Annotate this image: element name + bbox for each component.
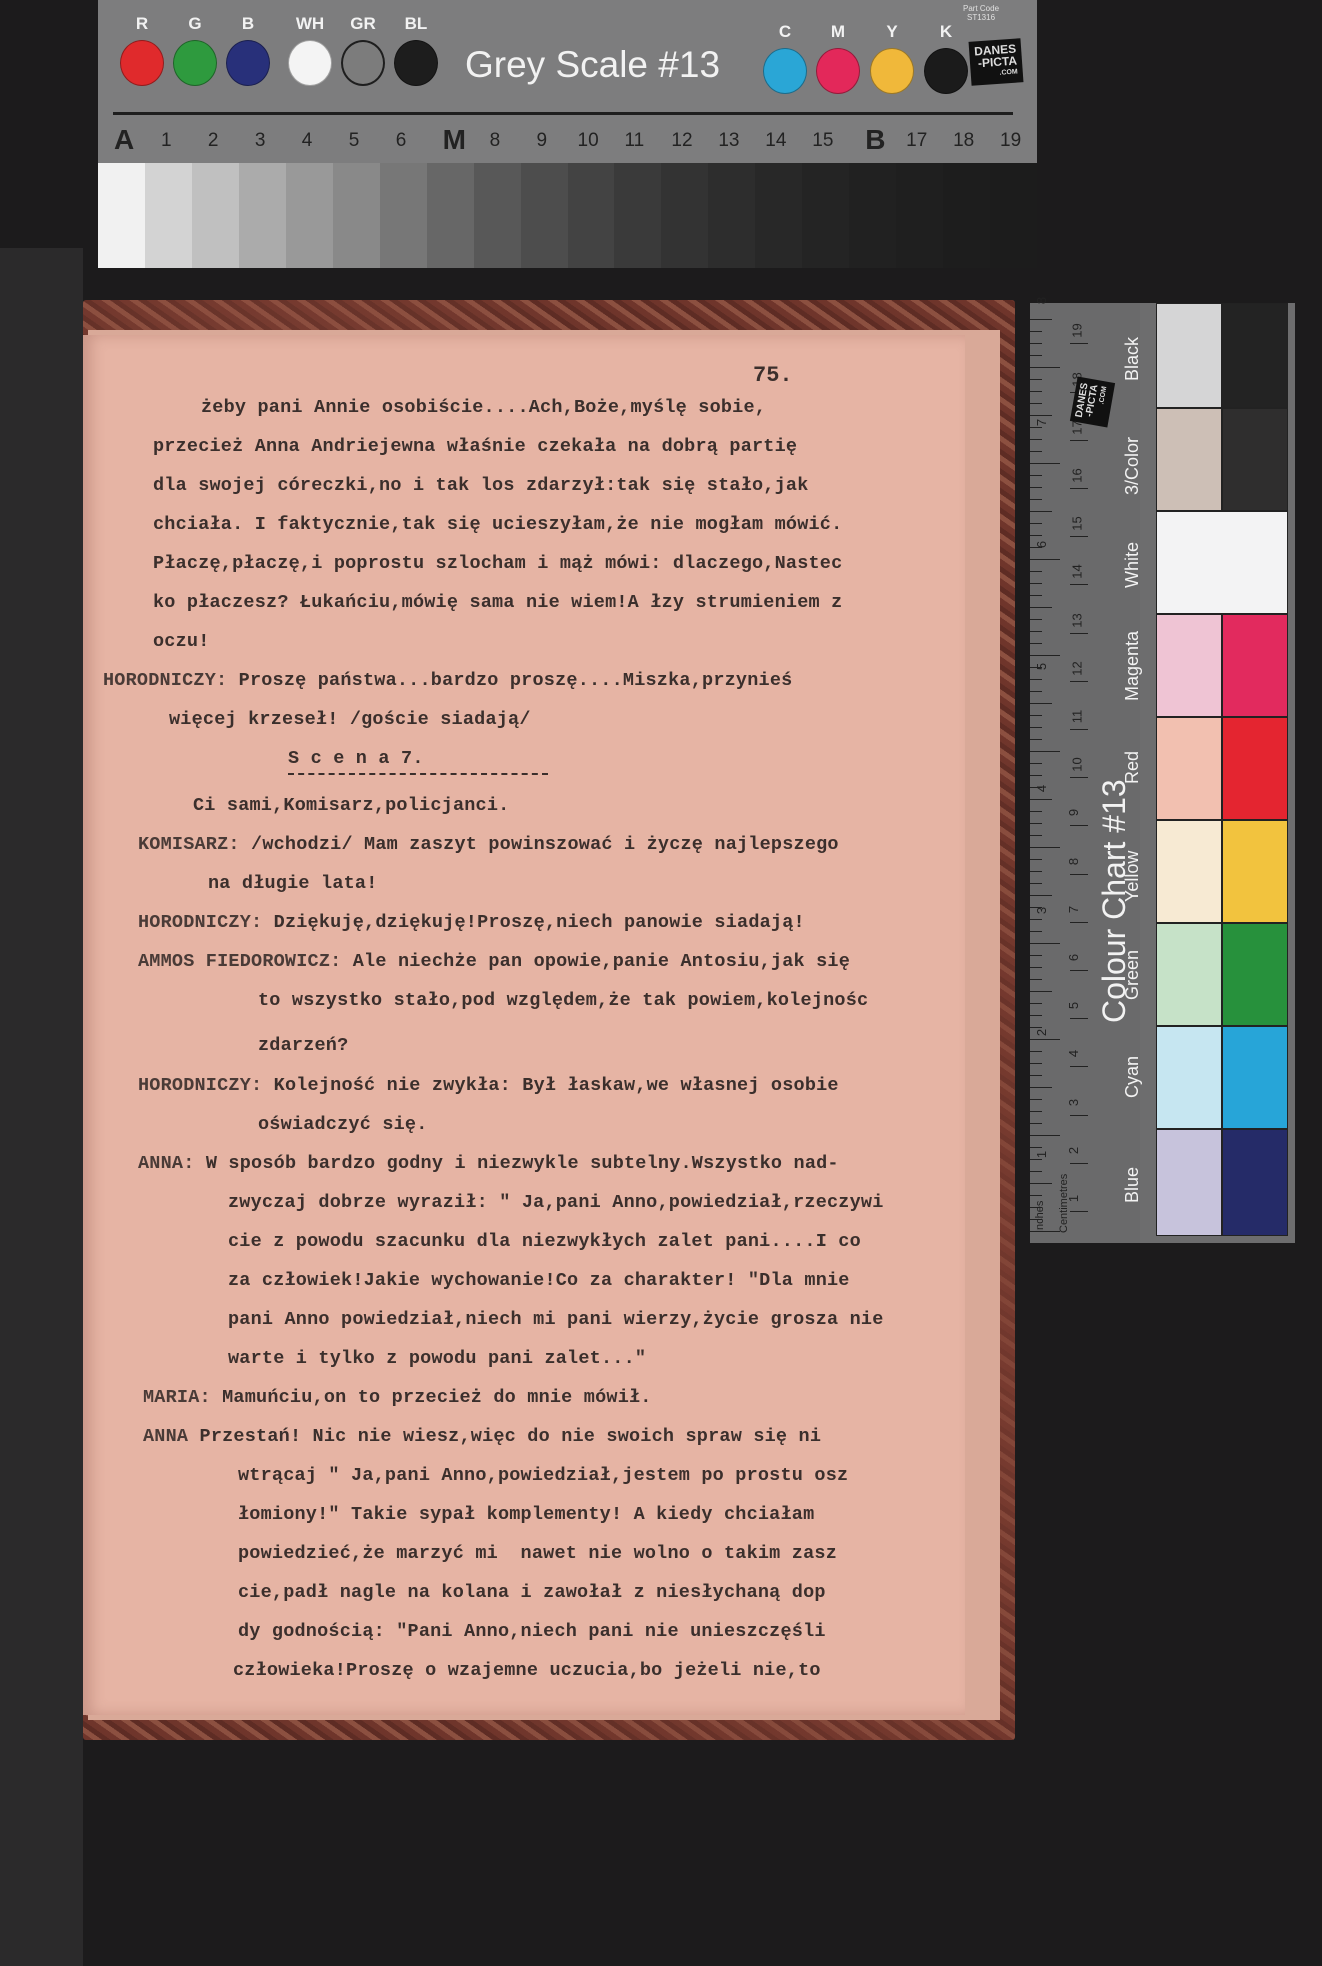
ruler-tick [1030, 595, 1042, 596]
ruler-tick [1030, 1159, 1042, 1160]
text-line: za człowiek!Jakie wychowanie!Co za chara… [228, 1270, 850, 1291]
circle-label: R [117, 14, 167, 34]
ruler-tick [1030, 403, 1042, 404]
ruler-tick [1030, 751, 1060, 752]
bl-swatch-icon [394, 40, 438, 86]
ruler-tick [1030, 715, 1042, 716]
line-text: S c e n a 7. [288, 748, 424, 769]
ruler-tick [1030, 823, 1042, 824]
ruler-tick [1030, 763, 1042, 764]
cm-number: 3 [1066, 1098, 1081, 1105]
ruler-tick [1030, 727, 1042, 728]
ruler-tick [1030, 343, 1042, 344]
grey-step-label: 1 [161, 130, 172, 152]
gr-swatch-icon [341, 40, 385, 86]
circle-label: Y [867, 22, 917, 42]
line-text: Przestań! Nic nie wiesz,więc do nie swoi… [200, 1426, 822, 1447]
text-line: HORODNICZY: Dziękuję,dziękuję!Proszę,nie… [138, 912, 805, 933]
ruler-tick [1030, 499, 1042, 500]
grey-step-patch [990, 163, 1037, 268]
y-swatch-icon [870, 48, 914, 94]
circle-label: B [223, 14, 273, 34]
blue-dark-swatch [1222, 1129, 1288, 1236]
grey-step-label: 2 [208, 130, 219, 152]
line-text: dla swojej córeczki,no i tak los zdarzył… [153, 475, 809, 496]
grey-step-label: 4 [302, 130, 313, 152]
speaker-name: ANNA: [138, 1153, 195, 1174]
cm-tick [1070, 1115, 1088, 1116]
ruler-tick [1030, 1003, 1042, 1004]
inch-number: 8 [1034, 297, 1049, 304]
grey-step-patch [614, 163, 661, 268]
inch-number: 1 [1034, 1151, 1049, 1158]
ruler-tick [1030, 1051, 1042, 1052]
line-text: Ci sami,Komisarz,policjanci. [193, 795, 509, 816]
text-line: ANNA Przestań! Nic nie wiesz,więc do nie… [143, 1426, 821, 1447]
line-text: Kolejność nie zwykła: Był łaskaw,we włas… [274, 1075, 839, 1096]
line-text: chciała. I faktycznie,tak się ucieszyłam… [153, 514, 842, 535]
r-swatch-icon [120, 40, 164, 86]
line-text: dy godnością: "Pani Anno,niech pani nie … [238, 1621, 826, 1642]
line-text: cie,padł nagle na kolana i zawołał z nie… [238, 1582, 826, 1603]
cm-number: 10 [1070, 757, 1085, 771]
swatch-label: Magenta [1122, 630, 1143, 700]
ruler-tick [1030, 1027, 1042, 1028]
grey-step-patch [239, 163, 286, 268]
text-line: dla swojej córeczki,no i tak los zdarzył… [153, 475, 809, 496]
grey-step-patch [427, 163, 474, 268]
line-text: oczu! [153, 631, 210, 652]
text-line: żeby pani Annie osobiście....Ach,Boże,my… [201, 397, 766, 418]
ruler-tick [1030, 1171, 1042, 1172]
inch-number: 7 [1034, 419, 1049, 426]
wh-swatch-icon [288, 40, 332, 86]
grey-step-label: 19 [1000, 130, 1021, 152]
yellow-dark-swatch [1222, 820, 1288, 923]
ruler-tick [1030, 451, 1042, 452]
divider [113, 112, 1013, 115]
cyan-dark-swatch [1222, 1026, 1288, 1129]
text-line: dy godnością: "Pani Anno,niech pani nie … [238, 1621, 826, 1642]
grey-step-label: 9 [537, 130, 548, 152]
line-text: /wchodzi/ Mam zaszyt powinszować i życzę… [251, 834, 839, 855]
ruler-tick [1030, 643, 1042, 644]
grey-step-labels: A123456M89101112131415B171819 [98, 124, 1037, 162]
text-line: HORODNICZY: Kolejność nie zwykła: Był ła… [138, 1075, 839, 1096]
grey-step-patch [802, 163, 849, 268]
ruler-tick [1030, 931, 1042, 932]
line-text: łomiony!" Takie sypał komplementy! A kie… [238, 1504, 814, 1525]
text-line: ko płaczesz? Łukańciu,mówię sama nie wie… [153, 592, 842, 613]
text-line: MARIA: Mamuńciu,on to przecież do mnie m… [143, 1387, 652, 1408]
line-text: zdarzeń? [258, 1035, 348, 1056]
line-text: warte i tylko z powodu pani zalet..." [228, 1348, 646, 1369]
grey-step-label: 15 [812, 130, 833, 152]
ruler-tick [1030, 319, 1052, 320]
grey-step-patch [943, 163, 990, 268]
cm-number: 9 [1066, 809, 1081, 816]
grey-step-patch [286, 163, 333, 268]
speaker-name: AMMOS FIEDOROWICZ: [138, 951, 341, 972]
grey-step-patch [661, 163, 708, 268]
part-code: Part Code ST1316 [963, 4, 999, 22]
ruler-tick [1030, 511, 1052, 512]
black-dark-swatch [1222, 303, 1288, 408]
circle-label: C [760, 22, 810, 42]
grey-scale-card: Part Code ST1316 RGBWHGRBLCMYK Grey Scal… [98, 0, 1037, 268]
ruler-tick [1030, 559, 1060, 560]
text-line: oświadczyć się. [258, 1114, 428, 1135]
cm-tick [1070, 1066, 1088, 1067]
line-text: Płaczę,płaczę,i poprostu szlocham i mąż … [153, 553, 842, 574]
grey-step-label: 3 [255, 130, 266, 152]
white-swatch [1156, 511, 1288, 614]
line-text: człowieka!Proszę o wzajemne uczucia,bo j… [233, 1660, 821, 1681]
c-swatch-icon [763, 48, 807, 94]
line-text: cie z powodu szacunku dla niezwykłych za… [228, 1231, 861, 1252]
ruler-tick [1030, 739, 1042, 740]
ruler-tick [1030, 631, 1042, 632]
cm-tick [1070, 1211, 1088, 1212]
grey-step-patch [755, 163, 802, 268]
grey-step-label: 10 [578, 130, 599, 152]
swatch-label: White [1122, 541, 1143, 587]
cm-number: 8 [1066, 857, 1081, 864]
grey-step-label: 6 [396, 130, 407, 152]
cm-number: 2 [1066, 1147, 1081, 1154]
ruler-tick [1030, 895, 1052, 896]
centimetres-label: Centimetres [1058, 1174, 1070, 1233]
black-light-swatch [1156, 303, 1222, 408]
grey-step-label: 5 [349, 130, 360, 152]
ruler-tick [1030, 427, 1042, 428]
line-text: wtrącaj " Ja,pani Anno,powiedział,jestem… [238, 1465, 848, 1486]
line-text: pani Anno powiedział,niech mi pani wierz… [228, 1309, 884, 1330]
swatch-label: 3/Color [1122, 436, 1143, 494]
ruler-tick [1030, 1183, 1052, 1184]
grey-step-label: 8 [490, 130, 501, 152]
circle-label: GR [338, 14, 388, 34]
ruler-tick [1030, 1087, 1052, 1088]
cm-number: 5 [1066, 1002, 1081, 1009]
ruler-tick [1030, 991, 1052, 992]
ruler-tick [1030, 871, 1042, 872]
part-code-label: Part Code [963, 4, 999, 13]
ruler-tick [1030, 1123, 1042, 1124]
grey-step-label: B [865, 124, 885, 156]
grey-step-label: 11 [624, 130, 644, 152]
ruler-tick [1030, 775, 1042, 776]
text-line: to wszystko stało,pod względem,że tak po… [258, 990, 868, 1011]
text-line: zdarzeń? [258, 1035, 348, 1056]
cm-number: 11 [1069, 710, 1084, 724]
cm-tick [1070, 777, 1088, 778]
k-swatch-icon [924, 48, 968, 94]
swatch-label: Blue [1122, 1166, 1143, 1202]
cm-number: 15 [1070, 516, 1085, 530]
ruler-tick [1030, 799, 1052, 800]
grey-step-label: 13 [718, 130, 739, 152]
grey-step-patch [849, 163, 896, 268]
speaker-name: MARIA: [143, 1387, 211, 1408]
cm-tick [1070, 1018, 1088, 1019]
text-line: pani Anno powiedział,niech mi pani wierz… [228, 1309, 884, 1330]
text-line: przecież Anna Andriejewna właśnie czekał… [153, 436, 797, 457]
text-line: oczu! [153, 631, 210, 652]
ruler-tick [1030, 391, 1042, 392]
cm-number: 4 [1066, 1050, 1081, 1057]
ruler-tick [1030, 355, 1042, 356]
green-light-swatch [1156, 923, 1222, 1026]
grey-step-label: A [114, 124, 134, 156]
cm-tick [1070, 343, 1088, 344]
colour-chart: 1234567891011121314151617181912345678 Co… [1030, 303, 1295, 1243]
text-line: Płaczę,płaczę,i poprostu szlocham i mąż … [153, 553, 842, 574]
grey-step-patch [192, 163, 239, 268]
inch-number: 4 [1034, 785, 1049, 792]
g-swatch-icon [173, 40, 217, 86]
text-line: na długie lata! [208, 873, 378, 894]
ruler-tick [1030, 475, 1042, 476]
grey-step-patch [521, 163, 568, 268]
line-text: Mamuńciu,on to przecież do mnie mówił. [222, 1387, 651, 1408]
grey-step-label: 17 [906, 130, 927, 152]
speaker-name: HORODNICZY: [138, 912, 262, 933]
cm-tick [1070, 536, 1088, 537]
danes-picta-logo: DANES -PICTA .COM [1070, 377, 1115, 428]
text-line: AMMOS FIEDOROWICZ: Ale niechże pan opowi… [138, 951, 850, 972]
cm-number: 14 [1070, 565, 1085, 579]
cm-tick [1070, 922, 1088, 923]
grey-step-patch [708, 163, 755, 268]
typewritten-text: żeby pani Annie osobiście....Ach,Boże,my… [83, 335, 965, 1715]
text-line: wtrącaj " Ja,pani Anno,powiedział,jestem… [238, 1465, 848, 1486]
inch-number: 2 [1034, 1029, 1049, 1036]
grey-step-patch [333, 163, 380, 268]
ruler-tick [1030, 919, 1042, 920]
speaker-name: ANNA [143, 1426, 188, 1447]
grey-step-patch [145, 163, 192, 268]
cm-tick [1070, 825, 1088, 826]
ruler-tick [1030, 571, 1042, 572]
yellow-light-swatch [1156, 820, 1222, 923]
document-page: 75. żeby pani Annie osobiście....Ach,Boż… [83, 335, 965, 1715]
ruler-tick [1030, 1135, 1060, 1136]
line-text: powiedzieć,że marzyć mi nawet nie wolno … [238, 1543, 837, 1564]
ruler-tick [1030, 691, 1042, 692]
ruler-tick [1030, 1147, 1042, 1148]
circle-label: WH [285, 14, 335, 34]
ruler-tick [1030, 1039, 1060, 1040]
ruler-tick [1030, 1015, 1042, 1016]
ruler-tick [1030, 583, 1042, 584]
ruler-tick [1030, 1111, 1042, 1112]
part-code-value: ST1316 [963, 13, 999, 22]
text-line: łomiony!" Takie sypał komplementy! A kie… [238, 1504, 814, 1525]
cm-number: 6 [1066, 954, 1081, 961]
ruler-tick [1030, 379, 1042, 380]
text-line: ANNA: W sposób bardzo godny i niezwykle … [138, 1153, 839, 1174]
ruler-tick [1030, 1099, 1042, 1100]
grey-step-label: 12 [671, 130, 692, 152]
circle-label: K [921, 22, 971, 42]
ruler-tick [1030, 1075, 1042, 1076]
text-line: S c e n a 7. [288, 748, 424, 769]
ruler-tick [1030, 679, 1042, 680]
cm-tick [1070, 488, 1088, 489]
line-text: przecież Anna Andriejewna właśnie czekał… [153, 436, 797, 457]
ruler-tick [1030, 619, 1042, 620]
ruler-tick [1030, 463, 1060, 464]
text-line: warte i tylko z powodu pani zalet..." [228, 1348, 646, 1369]
inch-number: 3 [1034, 907, 1049, 914]
ruler-tick [1030, 655, 1060, 656]
text-line: więcej krzeseł! /goście siadają/ [169, 709, 531, 730]
red-dark-swatch [1222, 717, 1288, 820]
magenta-light-swatch [1156, 614, 1222, 717]
ruler-tick [1030, 955, 1042, 956]
ruler-tick [1030, 367, 1060, 368]
grey-step-patch [568, 163, 615, 268]
background-panel [0, 248, 83, 1966]
text-line: człowieka!Proszę o wzajemne uczucia,bo j… [233, 1660, 821, 1681]
ruler-tick [1030, 415, 1052, 416]
ruler-tick [1030, 331, 1042, 332]
text-line: HORODNICZY: Proszę państwa...bardzo pros… [103, 670, 792, 691]
line-text: zwyczaj dobrze wyraził: " Ja,pani Anno,p… [228, 1192, 884, 1213]
cm-number: 7 [1066, 906, 1081, 913]
grey-step-label: 14 [765, 130, 786, 152]
ruler-tick [1030, 703, 1052, 704]
circle-label: M [813, 22, 863, 42]
ruler-tick [1030, 523, 1042, 524]
speaker-name: KOMISARZ: [138, 834, 240, 855]
line-text: to wszystko stało,pod względem,że tak po… [258, 990, 868, 1011]
speaker-name: HORODNICZY: [103, 670, 227, 691]
ruler-tick [1030, 859, 1042, 860]
cm-tick [1070, 440, 1088, 441]
line-text: Proszę państwa...bardzo proszę....Miszka… [239, 670, 793, 691]
grey-step-patch [380, 163, 427, 268]
speaker-name: HORODNICZY: [138, 1075, 262, 1096]
inches-label: Inches [1034, 1201, 1046, 1233]
3-color-dark-swatch [1222, 408, 1288, 511]
line-text: Dziękuję,dziękuję!Proszę,niech panowie s… [274, 912, 805, 933]
line-text: oświadczyć się. [258, 1114, 428, 1135]
cm-tick [1070, 874, 1088, 875]
blue-light-swatch [1156, 1129, 1222, 1236]
cm-tick [1070, 729, 1088, 730]
scene-underline [288, 773, 548, 775]
swatch-label: Black [1122, 336, 1143, 380]
red-light-swatch [1156, 717, 1222, 820]
grey-scale-title: Grey Scale #13 [465, 44, 720, 86]
cm-tick [1070, 584, 1088, 585]
text-line: Ci sami,Komisarz,policjanci. [193, 795, 509, 816]
line-text: na długie lata! [208, 873, 378, 894]
cm-number: 12 [1070, 661, 1085, 675]
ruler-tick [1030, 1063, 1042, 1064]
cyan-light-swatch [1156, 1026, 1222, 1129]
line-text: Ale niechże pan opowie,panie Antosiu,jak… [353, 951, 850, 972]
danes-picta-logo: DANES -PICTA .COM [969, 38, 1024, 86]
grey-step-patch [98, 163, 145, 268]
ruler-tick [1030, 967, 1042, 968]
cm-tick [1070, 1163, 1088, 1164]
text-line: KOMISARZ: /wchodzi/ Mam zaszyt powinszow… [138, 834, 839, 855]
ruler-tick [1030, 835, 1042, 836]
cm-tick [1070, 970, 1088, 971]
line-text: żeby pani Annie osobiście....Ach,Boże,my… [201, 397, 766, 418]
swatch-label: Green [1122, 949, 1143, 999]
inch-number: 6 [1034, 541, 1049, 548]
swatch-label: Cyan [1122, 1055, 1143, 1097]
ruler-tick [1030, 883, 1042, 884]
grey-step-strip [98, 163, 1037, 268]
grey-step-patch [896, 163, 943, 268]
ruler-tick [1030, 979, 1042, 980]
cm-number: 19 [1070, 324, 1085, 338]
cm-number: 13 [1070, 613, 1085, 627]
ruler-tick [1030, 943, 1060, 944]
b-swatch-icon [226, 40, 270, 86]
text-line: cie z powodu szacunku dla niezwykłych za… [228, 1231, 861, 1252]
text-line: zwyczaj dobrze wyraził: " Ja,pani Anno,p… [228, 1192, 884, 1213]
line-text: ko płaczesz? Łukańciu,mówię sama nie wie… [153, 592, 842, 613]
cm-number: 16 [1070, 468, 1085, 482]
circle-label: BL [391, 14, 441, 34]
swatch-label: Yellow [1122, 850, 1143, 901]
magenta-dark-swatch [1222, 614, 1288, 717]
grey-step-patch [474, 163, 521, 268]
ruler-tick [1030, 811, 1042, 812]
text-line: powiedzieć,że marzyć mi nawet nie wolno … [238, 1543, 837, 1564]
ruler-tick [1030, 535, 1042, 536]
ruler-tick [1030, 487, 1042, 488]
cm-tick [1070, 633, 1088, 634]
circle-label: G [170, 14, 220, 34]
inch-number: 5 [1034, 663, 1049, 670]
ruler-tick [1030, 1195, 1042, 1196]
ruler-tick [1030, 607, 1052, 608]
m-swatch-icon [816, 48, 860, 94]
text-line: chciała. I faktycznie,tak się ucieszyłam… [153, 514, 842, 535]
green-dark-swatch [1222, 923, 1288, 1026]
3-color-light-swatch [1156, 408, 1222, 511]
ruler-tick [1030, 847, 1060, 848]
cm-tick [1070, 681, 1088, 682]
ruler-tick [1030, 439, 1042, 440]
line-text: W sposób bardzo godny i niezwykle subtel… [206, 1153, 839, 1174]
grey-step-label: M [443, 124, 466, 156]
grey-step-label: 18 [953, 130, 974, 152]
text-line: cie,padł nagle na kolana i zawołał z nie… [238, 1582, 826, 1603]
line-text: więcej krzeseł! /goście siadają/ [169, 709, 531, 730]
swatch-label: Red [1122, 750, 1143, 783]
line-text: za człowiek!Jakie wychowanie!Co za chara… [228, 1270, 850, 1291]
